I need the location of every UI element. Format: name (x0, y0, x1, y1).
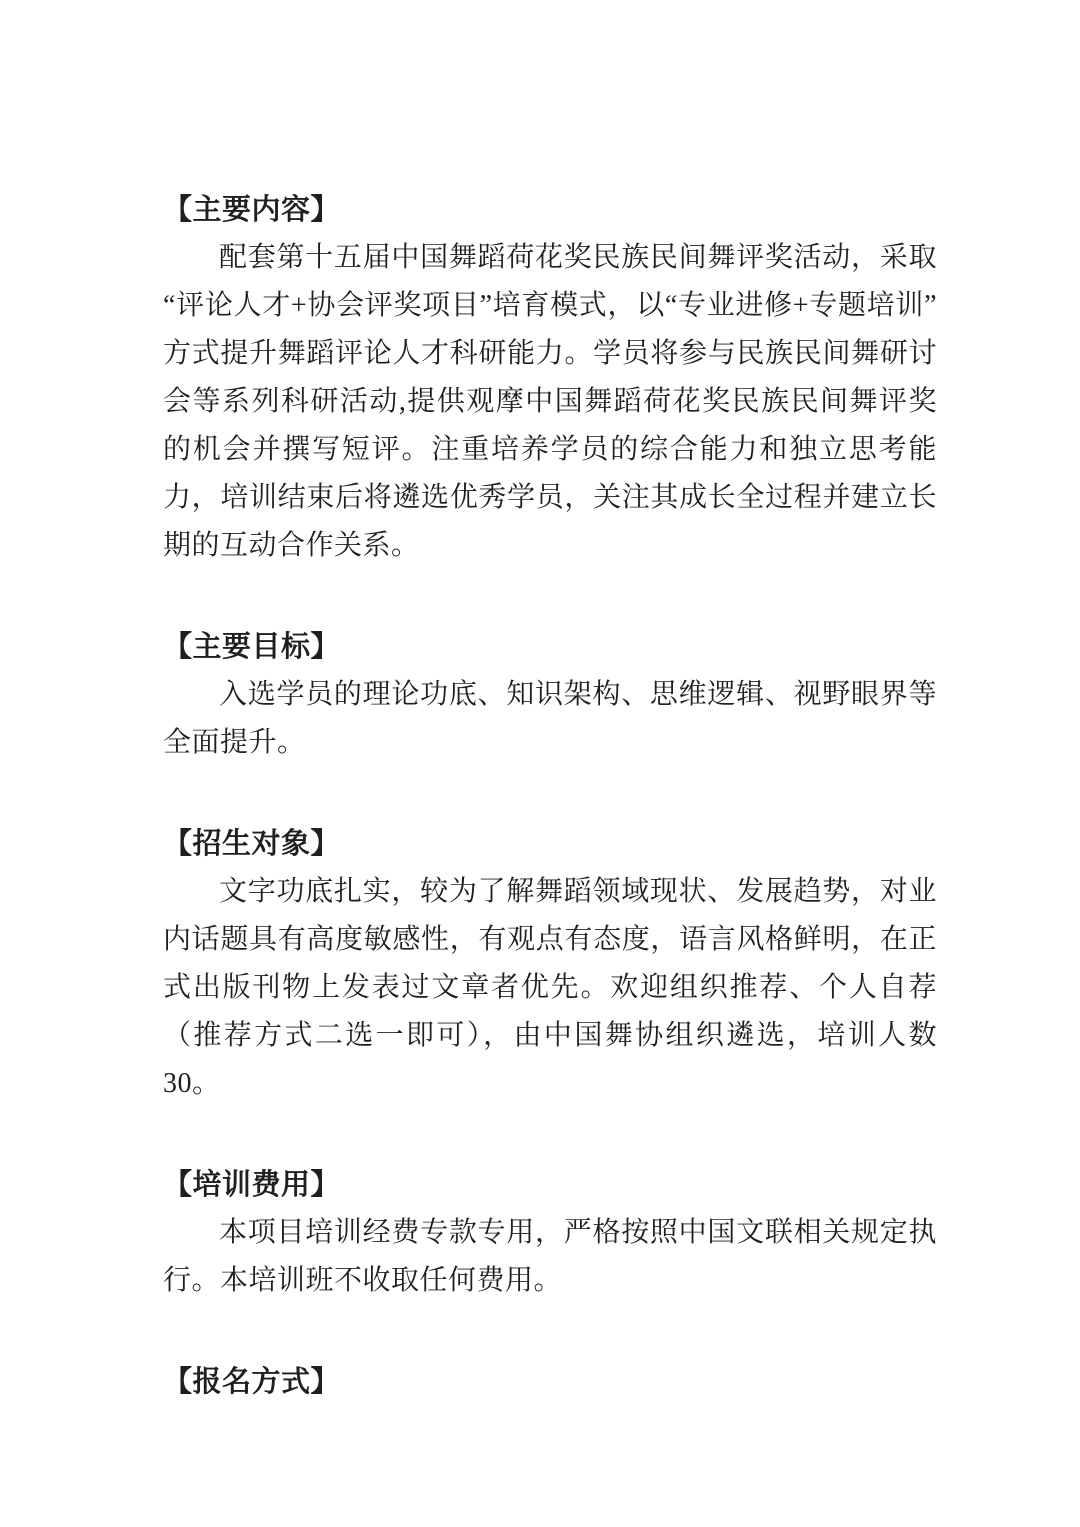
document-page: 【主要内容】 配套第十五届中国舞蹈荷花奖民族民间舞评奖活动，采取“评论人才+协会… (0, 0, 1080, 1527)
section-heading-main-content: 【主要内容】 (163, 186, 937, 234)
section-paragraph: 配套第十五届中国舞蹈荷花奖民族民间舞评奖活动，采取“评论人才+协会评奖项目”培育… (163, 234, 937, 570)
section-heading-main-goals: 【主要目标】 (163, 623, 937, 671)
section-heading-registration-method: 【报名方式】 (163, 1358, 937, 1406)
section-heading-training-fees: 【培训费用】 (163, 1161, 937, 1209)
section-training-fees: 【培训费用】 本项目培训经费专款专用，严格按照中国文联相关规定执行。本培训班不收… (163, 1161, 937, 1305)
section-paragraph: 文字功底扎实，较为了解舞蹈领域现状、发展趋势，对业内话题具有高度敏感性，有观点有… (163, 868, 937, 1108)
section-registration-method: 【报名方式】 (163, 1358, 937, 1406)
section-paragraph: 本项目培训经费专款专用，严格按照中国文联相关规定执行。本培训班不收取任何费用。 (163, 1209, 937, 1305)
section-paragraph: 入选学员的理论功底、知识架构、思维逻辑、视野眼界等全面提升。 (163, 671, 937, 767)
section-main-goals: 【主要目标】 入选学员的理论功底、知识架构、思维逻辑、视野眼界等全面提升。 (163, 623, 937, 767)
document-body: 【主要内容】 配套第十五届中国舞蹈荷花奖民族民间舞评奖活动，采取“评论人才+协会… (163, 186, 937, 1406)
section-main-content: 【主要内容】 配套第十五届中国舞蹈荷花奖民族民间舞评奖活动，采取“评论人才+协会… (163, 186, 937, 570)
section-enrollment-targets: 【招生对象】 文字功底扎实，较为了解舞蹈领域现状、发展趋势，对业内话题具有高度敏… (163, 820, 937, 1108)
section-heading-enrollment-targets: 【招生对象】 (163, 820, 937, 868)
